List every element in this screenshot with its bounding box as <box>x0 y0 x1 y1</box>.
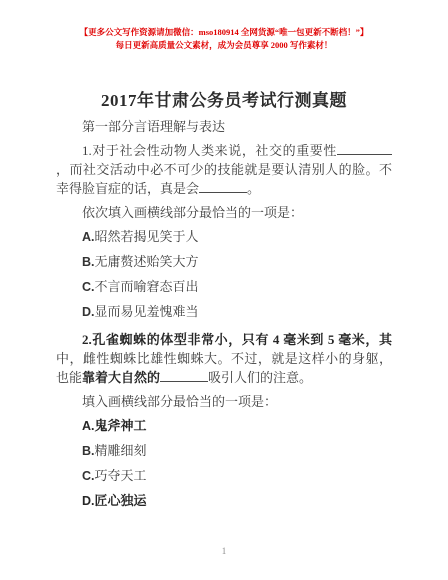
question-1-text-segment: 。 <box>247 181 260 196</box>
blank-underline <box>199 180 247 193</box>
question-2-text-segment: 吸引人们的注意。 <box>208 370 312 385</box>
section-heading: 第一部分言语理解与表达 <box>56 117 392 136</box>
option-label: C. <box>82 469 95 483</box>
option-text: 不言而喻窘态百出 <box>95 279 199 294</box>
question-2-paragraph: 2.孔雀蜘蛛的体型非常小，只有 4 毫米到 5 毫米，其中，雌性蜘蛛比雄性蜘蛛大… <box>56 330 392 387</box>
option-text: 显而易见羞愧难当 <box>95 304 199 319</box>
option-label: D. <box>82 494 95 508</box>
question-1-paragraph: 1.对于社会性动物人类来说，社交的重要性，而社交活动中必不可少的技能就是要认清别… <box>56 141 392 198</box>
option-label: B. <box>82 444 95 458</box>
option-label: B. <box>82 255 95 269</box>
document-page: 【更多公文写作资源请加微信：mso180914 全网货源“唯一包更新不断档！”】… <box>0 0 448 580</box>
question-1-prompt: 依次填入画横线部分最恰当的一项是： <box>56 203 392 222</box>
answer-option-d: D.显而易见羞愧难当 <box>56 302 392 322</box>
promo-line-1: 【更多公文写作资源请加微信：mso180914 全网货源“唯一包更新不断档！”】 <box>0 26 448 39</box>
promo-header: 【更多公文写作资源请加微信：mso180914 全网货源“唯一包更新不断档！”】… <box>0 0 448 51</box>
document-body: 第一部分言语理解与表达 1.对于社会性动物人类来说，社交的重要性，而社交活动中必… <box>0 113 448 511</box>
option-label: D. <box>82 305 95 319</box>
option-text: 昭然若揭见笑于人 <box>95 229 199 244</box>
document-title: 2017年甘肃公务员考试行测真题 <box>0 89 448 113</box>
option-label: A. <box>82 419 95 433</box>
question-2-prompt: 填入画横线部分最恰当的一项是： <box>56 392 392 411</box>
page-number: 1 <box>0 546 448 556</box>
option-label: C. <box>82 280 95 294</box>
promo-line-2: 每日更新高质量公文素材，成为会员尊享 2000 写作素材！ <box>0 39 448 51</box>
question-2-text-segment: 靠着大自然的 <box>82 370 160 385</box>
answer-option-b: B.无庸赘述贻笑大方 <box>56 252 392 272</box>
blank-underline <box>160 369 208 382</box>
question-1-text-segment: 1.对于社会性动物人类来说，社交的重要性 <box>82 143 337 158</box>
option-text: 无庸赘述贻笑大方 <box>95 254 199 269</box>
answer-option-b: B.精雕细刻 <box>56 441 392 461</box>
answer-option-a: A.鬼斧神工 <box>56 416 392 436</box>
answer-option-a: A.昭然若揭见笑于人 <box>56 227 392 247</box>
option-label: A. <box>82 230 95 244</box>
blank-underline <box>337 142 392 155</box>
answer-option-c: C.不言而喻窘态百出 <box>56 277 392 297</box>
option-text: 鬼斧神工 <box>95 418 147 433</box>
option-text: 精雕细刻 <box>95 443 147 458</box>
option-text: 巧夺天工 <box>95 468 147 483</box>
answer-option-d: D.匠心独运 <box>56 491 392 511</box>
answer-option-c: C.巧夺天工 <box>56 466 392 486</box>
question-2-text-segment: 2.孔雀蜘蛛的体型非常小，只有 4 毫米到 5 毫米，其 <box>82 332 392 347</box>
option-text: 匠心独运 <box>95 493 147 508</box>
